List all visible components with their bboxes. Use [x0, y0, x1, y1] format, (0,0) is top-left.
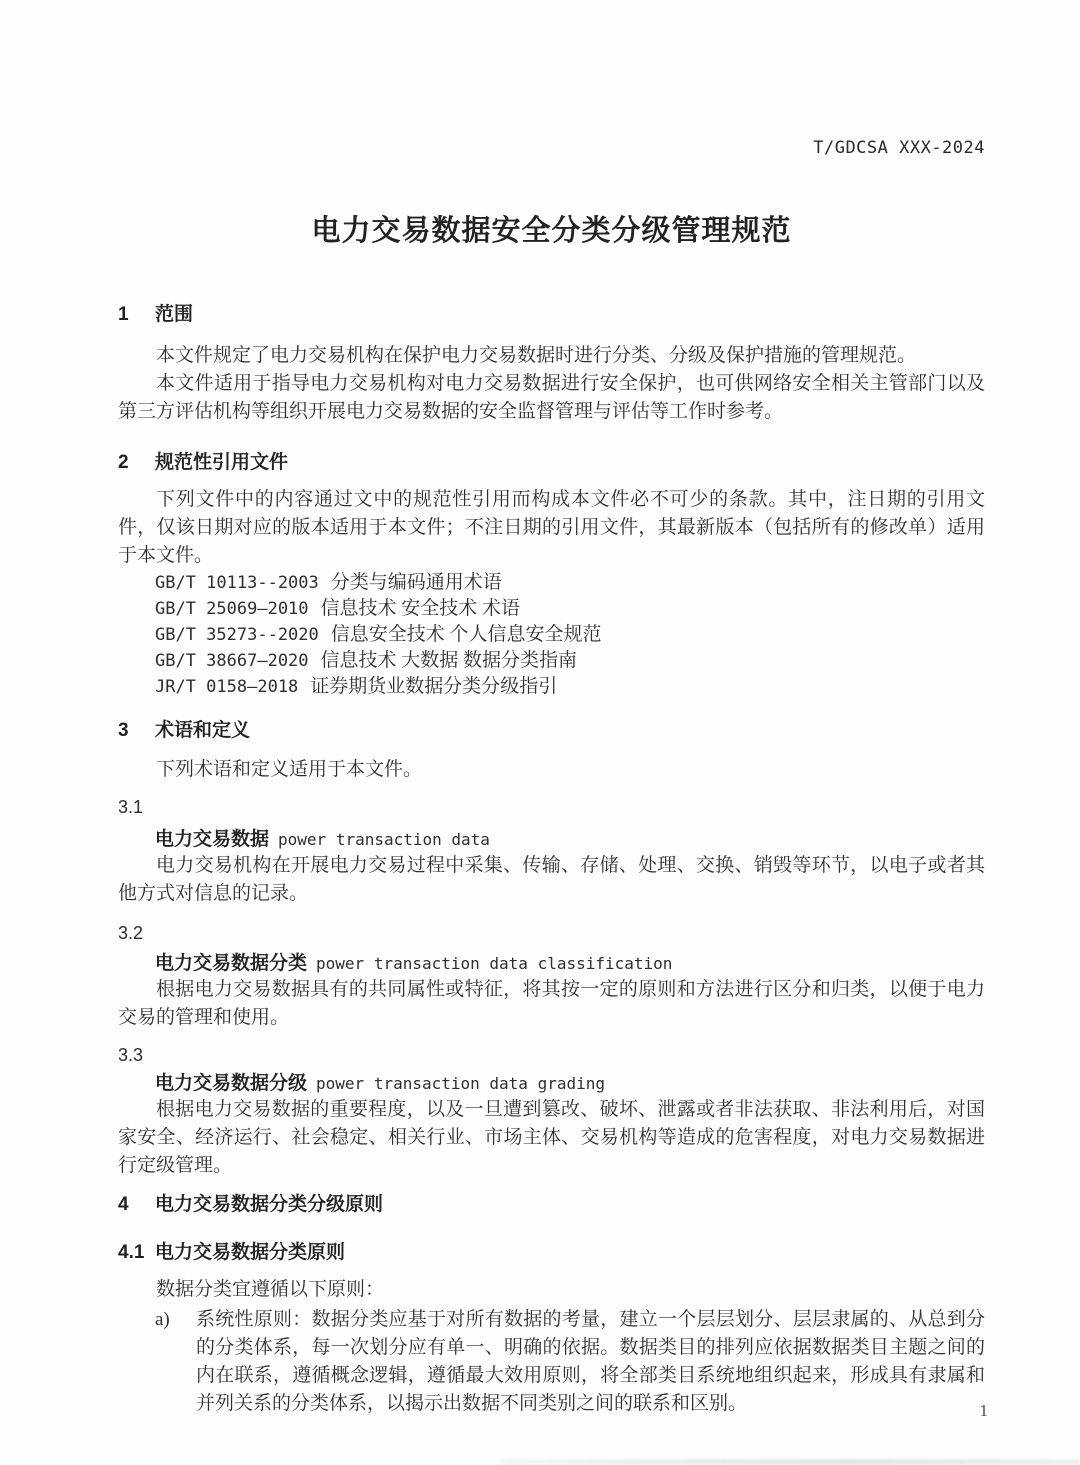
normative-references-list: GB/T 10113--2003分类与编码通用术语 GB/T 25069—201… [118, 570, 985, 700]
reference-code: GB/T 35273--2020 [155, 625, 319, 645]
reference-item: GB/T 38667—2020信息技术 大数据 数据分类指南 [155, 648, 985, 674]
section-1-number: 1 [118, 304, 155, 326]
section-2-number: 2 [118, 452, 155, 474]
page-number: 1 [980, 1400, 989, 1422]
term-3-2-zh: 电力交易数据分类 [155, 953, 307, 974]
reference-item: GB/T 35273--2020信息安全技术 个人信息安全规范 [155, 622, 985, 648]
reference-name: 信息安全技术 个人信息安全规范 [331, 624, 602, 645]
section-2-title: 规范性引用文件 [155, 452, 288, 473]
terms-intro-paragraph: 下列术语和定义适用于本文件。 [118, 756, 985, 784]
reference-code: JR/T 0158—2018 [155, 677, 298, 697]
reference-item: GB/T 10113--2003分类与编码通用术语 [155, 570, 985, 596]
term-3-2-en: power transaction data classification [316, 954, 672, 973]
term-3-2-definition: 根据电力交易数据具有的共同属性或特征，将其按一定的原则和方法进行区分和归类，以便… [118, 976, 985, 1032]
term-3-3: 电力交易数据分级power transaction data grading [118, 1072, 985, 1096]
term-3-1-en: power transaction data [278, 830, 490, 849]
section-1-title: 范围 [155, 304, 193, 325]
reference-name: 证券期货业数据分类分级指引 [310, 676, 557, 697]
scope-paragraph-2: 本文件适用于指导电力交易机构对电力交易数据进行安全保护，也可供网络安全相关主管部… [118, 370, 985, 426]
standard-code: T/GDCSA XXX-2024 [813, 138, 985, 158]
reference-name: 信息技术 安全技术 术语 [321, 598, 521, 619]
term-3-1-zh: 电力交易数据 [155, 829, 269, 850]
section-4-heading: 4电力交易数据分类分级原则 [118, 1194, 985, 1216]
clause-3-2-number: 3.2 [118, 922, 985, 944]
principle-item-a-label: a) [155, 1306, 170, 1334]
term-3-3-en: power transaction data grading [316, 1074, 605, 1093]
section-4-1-title: 电力交易数据分类原则 [155, 1242, 345, 1263]
term-3-3-zh: 电力交易数据分级 [155, 1073, 307, 1094]
section-4-1-number: 4.1 [118, 1242, 155, 1264]
section-3-title: 术语和定义 [155, 720, 250, 741]
document-page: T/GDCSA XXX-2024 电力交易数据安全分类分级管理规范 1范围 本文… [0, 0, 1080, 1465]
reference-code: GB/T 10113--2003 [155, 573, 319, 593]
document-title: 电力交易数据安全分类分级管理规范 [118, 212, 985, 250]
section-1-heading: 1范围 [118, 304, 985, 326]
scope-paragraph-1: 本文件规定了电力交易机构在保护电力交易数据时进行分类、分级及保护措施的管理规范。 [118, 342, 985, 370]
term-3-1: 电力交易数据power transaction data [118, 828, 985, 852]
reference-item: GB/T 25069—2010信息技术 安全技术 术语 [155, 596, 985, 622]
term-3-3-definition: 根据电力交易数据的重要程度，以及一旦遭到篡改、破坏、泄露或者非法获取、非法利用后… [118, 1096, 985, 1180]
references-intro-paragraph: 下列文件中的内容通过文中的规范性引用而构成本文件必不可少的条款。其中，注日期的引… [118, 486, 985, 570]
term-3-2: 电力交易数据分类power transaction data classific… [118, 952, 985, 976]
reference-code: GB/T 38667—2020 [155, 651, 309, 671]
section-4-1-heading: 4.1电力交易数据分类原则 [118, 1242, 985, 1264]
section-3-number: 3 [118, 720, 155, 742]
clause-3-3-number: 3.3 [118, 1044, 985, 1066]
section-2-heading: 2规范性引用文件 [118, 452, 985, 474]
reference-code: GB/T 25069—2010 [155, 599, 309, 619]
scan-artifact [500, 1459, 1080, 1465]
page-header: T/GDCSA XXX-2024 [118, 138, 985, 158]
reference-item: JR/T 0158—2018证券期货业数据分类分级指引 [155, 674, 985, 700]
section-4-number: 4 [118, 1194, 155, 1216]
reference-name: 信息技术 大数据 数据分类指南 [321, 650, 578, 671]
section-4-title: 电力交易数据分类分级原则 [155, 1194, 383, 1215]
section-3-heading: 3术语和定义 [118, 720, 985, 742]
principle-item-a: a)系统性原则：数据分类应基于对所有数据的考量，建立一个层层划分、层层隶属的、从… [118, 1306, 985, 1418]
principles-intro-paragraph: 数据分类宜遵循以下原则： [118, 1276, 985, 1304]
reference-name: 分类与编码通用术语 [331, 572, 502, 593]
clause-3-1-number: 3.1 [118, 796, 985, 818]
term-3-1-definition: 电力交易机构在开展电力交易过程中采集、传输、存储、处理、交换、销毁等环节，以电子… [118, 852, 985, 908]
principle-item-a-text: 系统性原则：数据分类应基于对所有数据的考量，建立一个层层划分、层层隶属的、从总到… [196, 1309, 985, 1414]
